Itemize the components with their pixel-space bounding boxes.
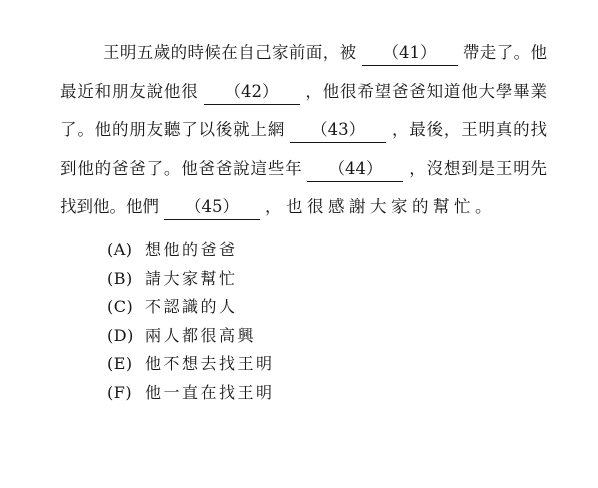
blank-number-label: （41）	[383, 43, 437, 62]
option-f: (F)他一直在找王明	[107, 379, 275, 408]
passage-text: ，也很感謝大家的幫忙。	[265, 197, 496, 216]
option-text: 兩人都很高興	[145, 326, 256, 345]
blank-number-label: （43）	[311, 120, 365, 139]
passage-text: 找到他。他們	[60, 197, 159, 216]
option-b: (B)請大家幫忙	[107, 265, 275, 294]
option-d: (D)兩人都很高興	[107, 322, 275, 351]
passage-text: 最近和朋友說他很	[60, 82, 199, 101]
option-text: 不認識的人	[145, 297, 238, 316]
passage-text: ，他很希望爸爸知道他大學畢業	[305, 82, 547, 101]
passage-line-1: 王明五歲的時候在自己家前面，被（41）帶走了。他	[60, 34, 547, 73]
option-c: (C)不認識的人	[107, 293, 275, 322]
passage-line-2: 最近和朋友說他很（42），他很希望爸爸知道他大學畢業	[60, 73, 547, 112]
blank-number-label: （44）	[328, 159, 382, 178]
blank-44: （44）	[307, 159, 403, 182]
option-text: 他不想去找王明	[145, 354, 275, 373]
blank-42: （42）	[204, 82, 300, 105]
option-a: (A)想他的爸爸	[107, 236, 275, 265]
passage-text: 了。他的朋友聽了以後就上網	[60, 120, 285, 139]
blank-43: （43）	[290, 120, 386, 143]
option-label: (B)	[107, 265, 145, 294]
passage-text: 帶走了。他	[463, 43, 548, 62]
option-label: (E)	[107, 350, 145, 379]
option-label: (C)	[107, 293, 145, 322]
option-label: (F)	[107, 379, 145, 408]
option-text: 他一直在找王明	[145, 383, 275, 402]
passage-line-3: 了。他的朋友聽了以後就上網（43），最後，王明真的找	[60, 111, 547, 150]
blank-41: （41）	[362, 43, 458, 66]
option-text: 請大家幫忙	[145, 269, 238, 288]
option-text: 想他的爸爸	[145, 240, 238, 259]
blank-number-label: （42）	[225, 82, 279, 101]
blank-number-label: （45）	[185, 197, 239, 216]
answer-options: (A)想他的爸爸 (B)請大家幫忙 (C)不認識的人 (D)兩人都很高興 (E)…	[107, 236, 275, 407]
passage-line-4: 到他的爸爸了。他爸爸說這些年（44），沒想到是王明先	[60, 150, 547, 189]
passage-text: ，沒想到是王明先	[408, 159, 547, 178]
document-page: 王明五歲的時候在自己家前面，被（41）帶走了。他 最近和朋友說他很（42），他很…	[0, 0, 598, 488]
option-label: (A)	[107, 236, 145, 265]
blank-45: （45）	[164, 197, 260, 220]
passage-text: ，最後，王明真的找	[391, 120, 547, 139]
cloze-passage: 王明五歲的時候在自己家前面，被（41）帶走了。他 最近和朋友說他很（42），他很…	[60, 34, 547, 227]
option-e: (E)他不想去找王明	[107, 350, 275, 379]
passage-text: 王明五歲的時候在自己家前面，被	[103, 43, 357, 62]
option-label: (D)	[107, 322, 145, 351]
passage-line-5: 找到他。他們（45），也很感謝大家的幫忙。	[60, 188, 547, 227]
passage-text: 到他的爸爸了。他爸爸說這些年	[60, 159, 302, 178]
